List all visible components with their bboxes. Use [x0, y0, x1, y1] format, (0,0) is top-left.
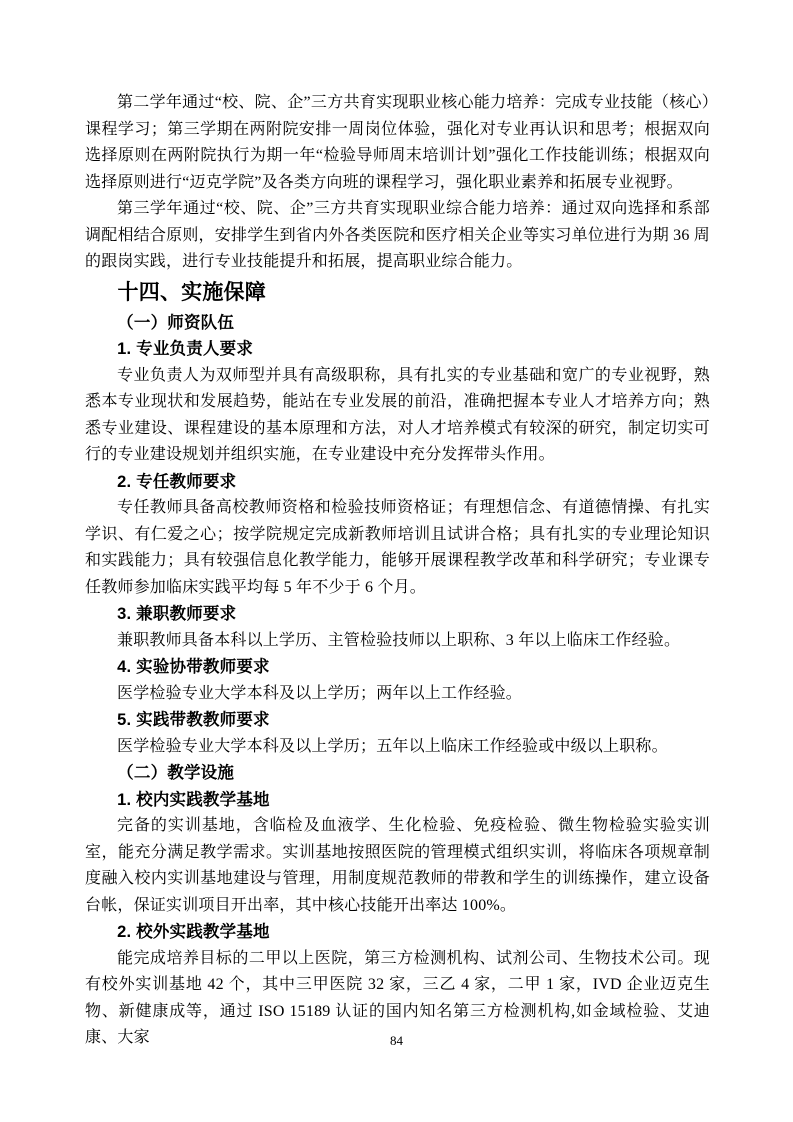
page-body: 第二学年通过“校、院、企”三方共育实现职业核心能力培养：完成专业技能（核心）课程…	[85, 90, 710, 1052]
paragraph-program-leader-requirements: 专业负责人为双师型并具有高级职称，具有扎实的专业基础和宽广的专业视野，熟悉本专业…	[85, 363, 710, 469]
subsection-heading-teaching-staff: （一）师资队伍	[85, 310, 710, 337]
item-heading-parttime-teacher-requirements: 3. 兼职教师要求	[85, 601, 710, 628]
paragraph-on-campus-practice-base: 完备的实训基地，含临检及血液学、生化检验、免疫检验、微生物检验实验实训室，能充分…	[85, 813, 710, 919]
item-heading-program-leader-requirements: 1. 专业负责人要求	[85, 336, 710, 363]
item-heading-off-campus-practice-base: 2. 校外实践教学基地	[85, 919, 710, 946]
item-heading-lab-assistant-teacher-requirements: 4. 实验协带教师要求	[85, 654, 710, 681]
item-heading-on-campus-practice-base: 1. 校内实践教学基地	[85, 787, 710, 814]
paragraph-lab-assistant-teacher-requirements: 医学检验专业大学本科及以上学历；两年以上工作经验。	[85, 681, 710, 708]
document-page: 第二学年通过“校、院、企”三方共育实现职业核心能力培养：完成专业技能（核心）课程…	[0, 0, 793, 1122]
paragraph-year2-core-ability: 第二学年通过“校、院、企”三方共育实现职业核心能力培养：完成专业技能（核心）课程…	[85, 90, 710, 196]
section-heading-implementation-guarantee: 十四、实施保障	[85, 276, 710, 310]
paragraph-parttime-teacher-requirements: 兼职教师具备本科以上学历、主管检验技师以上职称、3 年以上临床工作经验。	[85, 628, 710, 655]
item-heading-fulltime-teacher-requirements: 2. 专任教师要求	[85, 469, 710, 496]
item-heading-practice-mentor-requirements: 5. 实践带教教师要求	[85, 707, 710, 734]
paragraph-fulltime-teacher-requirements: 专任教师具备高校教师资格和检验技师资格证；有理想信念、有道德情操、有扎实学识、有…	[85, 495, 710, 601]
subsection-heading-teaching-facilities: （二）教学设施	[85, 760, 710, 787]
paragraph-practice-mentor-requirements: 医学检验专业大学本科及以上学历；五年以上临床工作经验或中级以上职称。	[85, 734, 710, 761]
paragraph-year3-comprehensive-ability: 第三学年通过“校、院、企”三方共育实现职业综合能力培养：通过双向选择和系部调配相…	[85, 196, 710, 276]
page-number: 84	[0, 1032, 793, 1050]
